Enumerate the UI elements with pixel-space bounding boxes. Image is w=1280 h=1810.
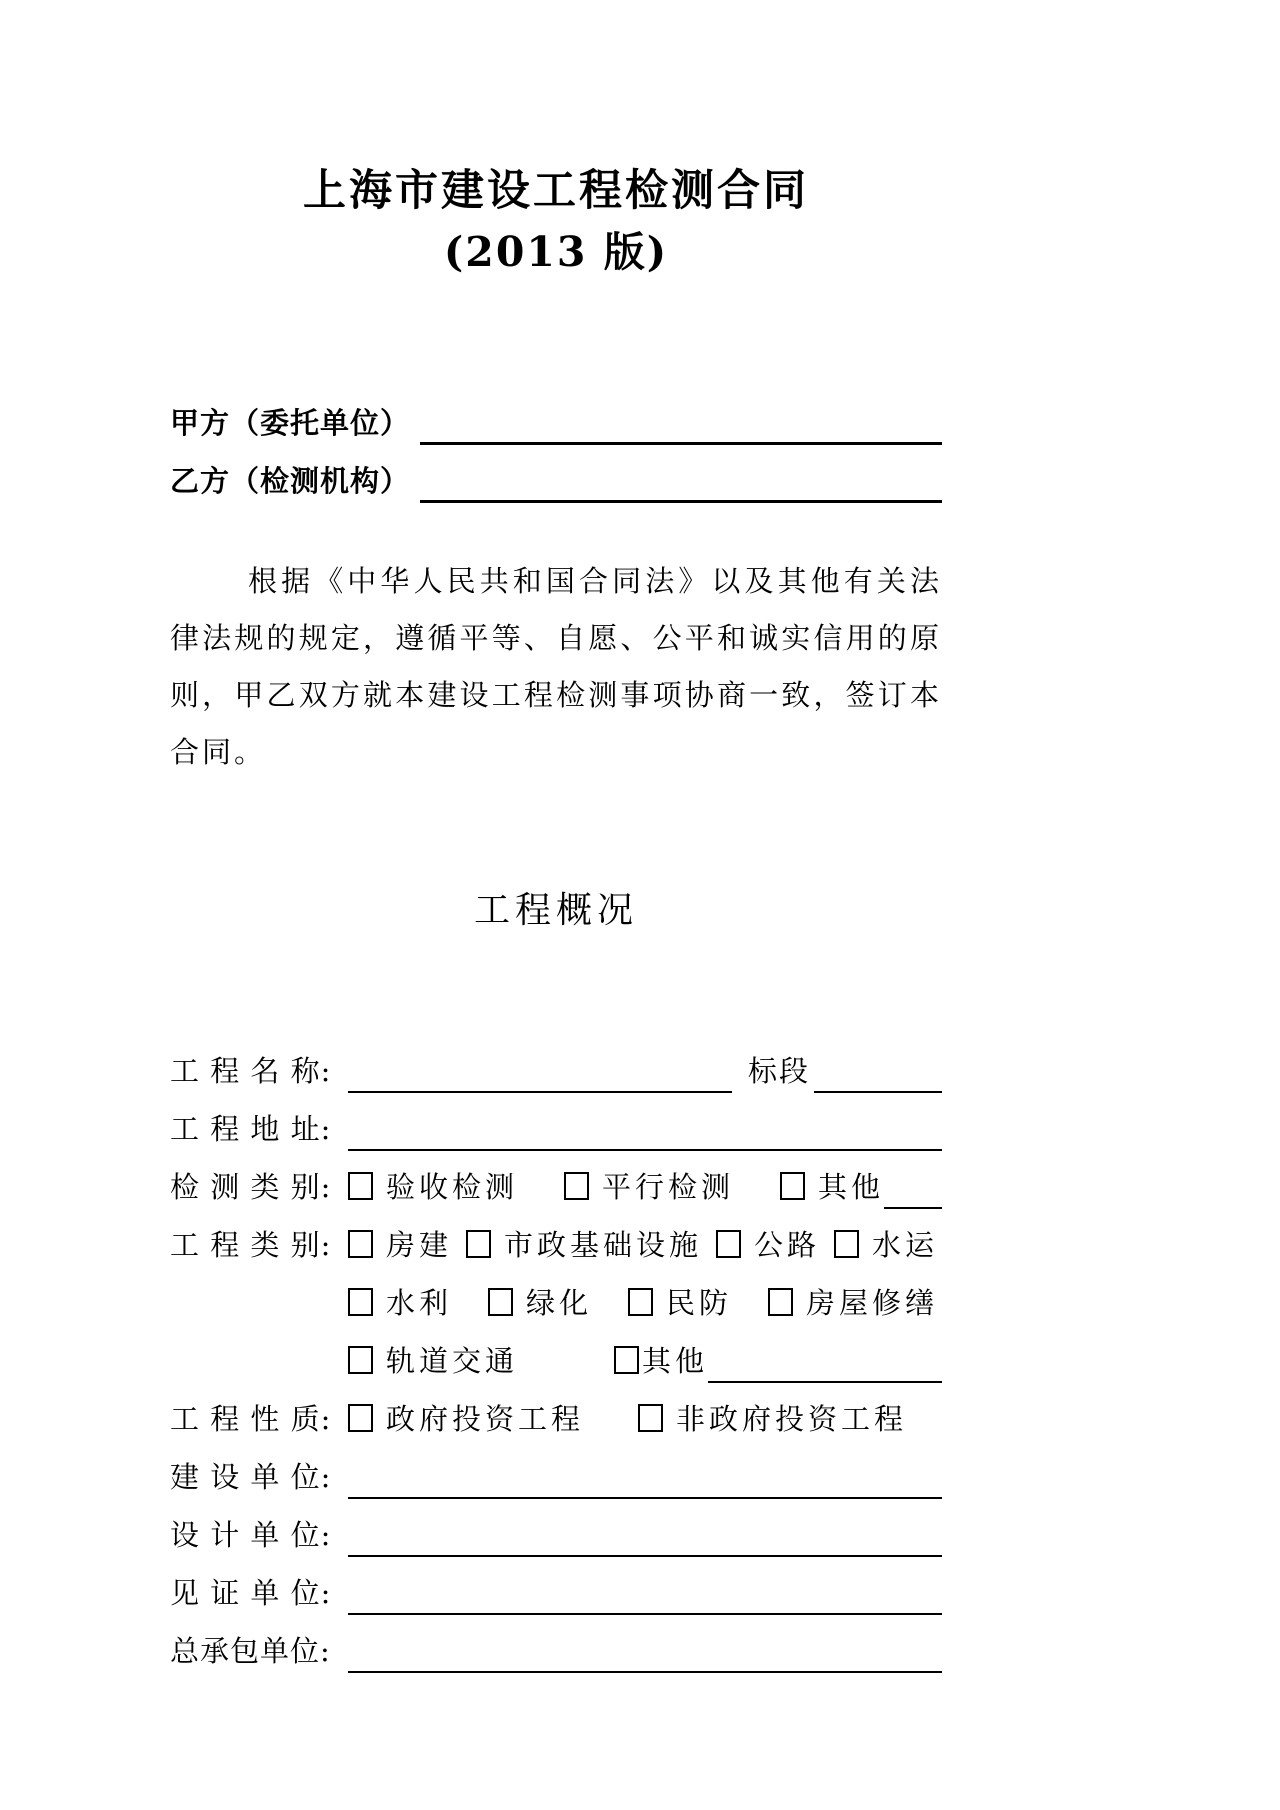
general-contractor-input-line[interactable] [348,1631,942,1673]
bid-section-input-line[interactable] [814,1051,942,1093]
option-label: 其他 [818,1165,884,1206]
bid-section-label: 标段 [732,1049,814,1093]
checkbox-housing-repair[interactable] [768,1288,793,1316]
option-government-investment: 政府投资工程 [348,1397,584,1441]
option-municipal-infrastructure: 市政基础设施 [466,1223,702,1267]
field-project-category-row3: 轨道交通 其他 [170,1325,942,1383]
option-label: 公路 [754,1223,820,1264]
project-category-options-row1: 房建 市政基础设施 公路 水运 [348,1223,942,1267]
checkbox-parallel-test[interactable] [564,1172,589,1200]
category-other-input-line[interactable] [708,1341,942,1383]
option-acceptance-test: 验收检测 [348,1165,518,1209]
project-overview-form: 工 程 名 称: 标段 工 程 地 址: 检 测 类 别: 验收检测 平行检测 … [170,1035,942,1673]
option-non-government-investment: 非政府投资工程 [638,1397,907,1441]
checkbox-civil-defense[interactable] [628,1288,653,1316]
option-highway: 公路 [716,1223,820,1267]
option-label: 平行检测 [602,1165,734,1206]
field-project-category: 工 程 类 别: 房建 市政基础设施 公路 水运 [170,1209,942,1267]
option-label: 水利 [386,1281,452,1322]
party-a-row: 甲方（委托单位） [170,387,942,445]
checkbox-acceptance-test[interactable] [348,1172,373,1200]
general-contractor-label: 总承包单位: [170,1629,348,1673]
field-general-contractor-unit: 总承包单位: [170,1615,942,1673]
checkbox-housing-construction[interactable] [348,1230,373,1258]
project-category-label: 工 程 类 别: [170,1223,348,1267]
witness-unit-label: 见 证 单 位: [170,1571,348,1615]
project-nature-label: 工 程 性 质: [170,1397,348,1441]
party-b-input-line[interactable] [420,458,942,503]
test-category-label: 检 测 类 别: [170,1165,348,1209]
checkbox-rail-transit[interactable] [348,1346,373,1374]
option-other-category: 其他 [614,1339,708,1383]
option-civil-defense: 民防 [628,1281,732,1325]
option-rail-transit: 轨道交通 [348,1339,518,1383]
contract-title: 上海市建设工程检测合同 [170,0,942,217]
design-unit-label: 设 计 单 位: [170,1513,348,1557]
project-category-options-row2: 水利 绿化 民防 房屋修缮 [348,1281,942,1325]
party-a-label: 甲方（委托单位） [170,401,410,445]
option-label: 轨道交通 [386,1339,518,1380]
checkbox-non-government-investment[interactable] [638,1404,663,1432]
preamble-paragraph: 根据《中华人民共和国合同法》以及其他有关法律法规的规定，遵循平等、自愿、公平和诚… [170,553,942,781]
design-unit-input-line[interactable] [348,1515,942,1557]
project-address-label: 工 程 地 址: [170,1107,348,1151]
option-greening: 绿化 [488,1281,592,1325]
project-name-input-line[interactable] [348,1051,732,1093]
option-label: 非政府投资工程 [676,1397,907,1438]
field-witness-unit: 见 证 单 位: [170,1557,942,1615]
field-project-nature: 工 程 性 质: 政府投资工程 非政府投资工程 [170,1383,942,1441]
construction-unit-input-line[interactable] [348,1457,942,1499]
option-housing-construction: 房建 [348,1223,452,1267]
option-label: 绿化 [526,1281,592,1322]
project-address-input-line[interactable] [348,1109,942,1151]
test-other-input-line[interactable] [884,1167,942,1209]
party-b-label: 乙方（检测机构） [170,459,410,503]
checkbox-greening[interactable] [488,1288,513,1316]
contract-page: 上海市建设工程检测合同 (2013 版) 甲方（委托单位） 乙方（检测机构） 根… [0,0,1280,1810]
checkbox-government-investment[interactable] [348,1404,373,1432]
option-water-transport: 水运 [834,1223,938,1267]
option-parallel-test: 平行检测 [564,1165,734,1209]
option-label: 房屋修缮 [806,1281,938,1322]
option-water-conservancy: 水利 [348,1281,452,1325]
field-construction-unit: 建 设 单 位: [170,1441,942,1499]
field-test-category: 检 测 类 别: 验收检测 平行检测 其他 [170,1151,942,1209]
option-label: 房建 [386,1223,452,1264]
checkbox-water-conservancy[interactable] [348,1288,373,1316]
option-label: 民防 [666,1281,732,1322]
project-name-label: 工 程 名 称: [170,1049,348,1093]
option-label: 市政基础设施 [504,1223,702,1264]
option-housing-repair: 房屋修缮 [768,1281,938,1325]
field-project-category-row2: 水利 绿化 民防 房屋修缮 [170,1267,942,1325]
checkbox-highway[interactable] [716,1230,741,1258]
witness-unit-input-line[interactable] [348,1573,942,1615]
checkbox-water-transport[interactable] [834,1230,859,1258]
parties-section: 甲方（委托单位） 乙方（检测机构） [170,387,942,503]
option-other-test: 其他 [780,1165,884,1209]
field-project-name: 工 程 名 称: 标段 [170,1035,942,1093]
option-label: 验收检测 [386,1165,518,1206]
checkbox-municipal-infrastructure[interactable] [466,1230,491,1258]
option-label: 其他 [642,1339,708,1380]
party-a-input-line[interactable] [420,400,942,445]
section-heading: 工程概况 [170,889,942,933]
construction-unit-label: 建 设 单 位: [170,1455,348,1499]
option-label: 水运 [872,1223,938,1264]
party-b-row: 乙方（检测机构） [170,445,942,503]
field-design-unit: 设 计 单 位: [170,1499,942,1557]
checkbox-other-category[interactable] [614,1346,639,1374]
field-project-address: 工 程 地 址: [170,1093,942,1151]
option-label: 政府投资工程 [386,1397,584,1438]
checkbox-other-test[interactable] [780,1172,805,1200]
contract-version: (2013 版) [170,227,942,277]
